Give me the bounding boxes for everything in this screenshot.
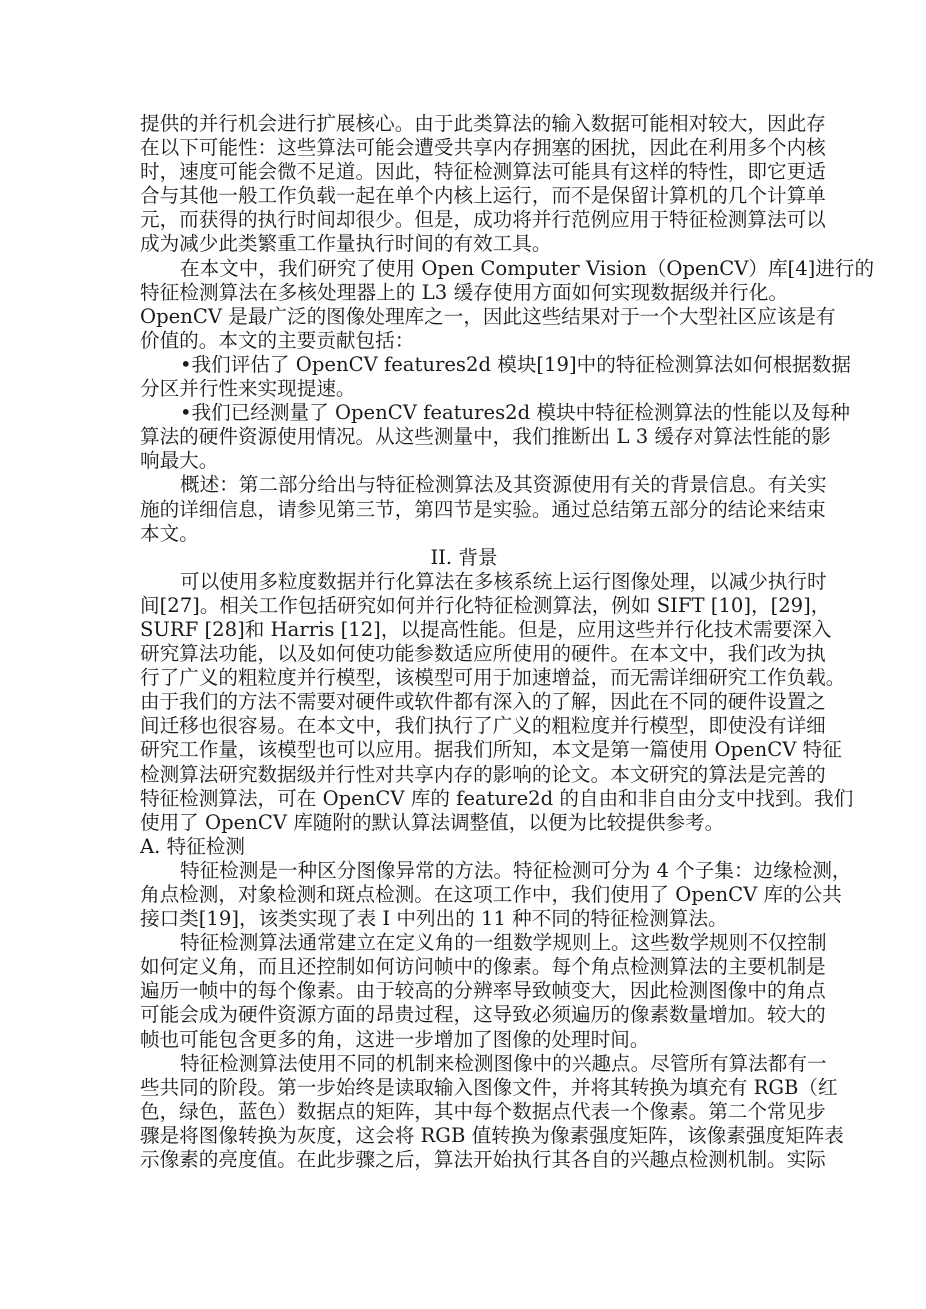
subsection-heading-feature-detection: A. 特征检测 (140, 835, 788, 859)
text-line: 特征检测算法使用不同的机制来检测图像中的兴趣点。尽管所有算法都有一 (140, 1052, 788, 1076)
text-line: 接口类[19]，该类实现了表 I 中列出的 11 种不同的特征检测算法。 (140, 907, 788, 931)
section-heading-background: II. 背景 (140, 546, 788, 570)
text-line: 检测算法研究数据级并行性对共享内存的影响的论文。本文研究的算法是完善的 (140, 763, 788, 787)
text-line: 提供的并行机会进行扩展核心。由于此类算法的输入数据可能相对较大，因此存 (140, 112, 788, 136)
text-line: 行了广义的粗粒度并行模型，该模型可用于加速增益，而无需详细研究工作负载。 (140, 666, 788, 690)
paragraph-study: 在本文中，我们研究了使用 Open Computer Vision（OpenCV… (140, 257, 788, 353)
document-page: 提供的并行机会进行扩展核心。由于此类算法的输入数据可能相对较大，因此存 在以下可… (140, 112, 788, 1172)
text-line: 可以使用多粒度数据并行化算法在多核系统上运行图像处理，以减少执行时 (140, 570, 788, 594)
text-line: 遍历一帧中的每个像素。由于较高的分辨率导致帧变大，因此检测图像中的角点 (140, 979, 788, 1003)
paragraph-feature-detection-3: 特征检测算法使用不同的机制来检测图像中的兴趣点。尽管所有算法都有一 些共同的阶段… (140, 1052, 788, 1172)
text-line: SURF [28]和 Harris [12]，以提高性能。但是，应用这些并行化技… (140, 618, 788, 642)
text-line: 骤是将图像转换为灰度，这会将 RGB 值转换为像素强度矩阵，该像素强度矩阵表 (140, 1124, 788, 1148)
text-line: 概述：第二部分给出与特征检测算法及其资源使用有关的背景信息。有关实 (140, 473, 788, 497)
text-line: 间[27]。相关工作包括研究如何并行化特征检测算法，例如 SIFT [10]，[… (140, 594, 788, 618)
paragraph-feature-detection-1: 特征检测是一种区分图像异常的方法。特征检测可分为 4 个子集：边缘检测， 角点检… (140, 859, 788, 931)
text-line: 元，而获得的执行时间却很少。但是，成功将并行范例应用于特征检测算法可以 (140, 208, 788, 232)
text-line: 算法的硬件资源使用情况。从这些测量中，我们推断出 L 3 缓存对算法性能的影 (140, 425, 788, 449)
text-line: 帧也可能包含更多的角，这进一步增加了图像的处理时间。 (140, 1028, 788, 1052)
paragraph-feature-detection-2: 特征检测算法通常建立在定义角的一组数学规则上。这些数学规则不仅控制 如何定义角，… (140, 931, 788, 1051)
text-line: 特征检测是一种区分图像异常的方法。特征检测可分为 4 个子集：边缘检测， (140, 859, 788, 883)
paragraph-background: 可以使用多粒度数据并行化算法在多核系统上运行图像处理，以减少执行时 间[27]。… (140, 570, 788, 835)
text-line: 合与其他一般工作负载一起在单个内核上运行，而不是保留计算机的几个计算单 (140, 184, 788, 208)
text-line: 使用了 OpenCV 库随附的默认算法调整值，以便为比较提供参考。 (140, 811, 788, 835)
text-line: 研究算法功能，以及如何使功能参数适应所使用的硬件。在本文中，我们改为执 (140, 642, 788, 666)
contribution-item-1: •我们评估了 OpenCV features2d 模块[19]中的特征检测算法如… (140, 353, 788, 401)
paragraph-outline: 概述：第二部分给出与特征检测算法及其资源使用有关的背景信息。有关实 施的详细信息… (140, 473, 788, 545)
text-line: •我们评估了 OpenCV features2d 模块[19]中的特征检测算法如… (140, 353, 788, 377)
text-line: 可能会成为硬件资源方面的昂贵过程，这导致必须遍历的像素数量增加。较大的 (140, 1003, 788, 1027)
text-line: 施的详细信息，请参见第三节，第四节是实验。通过总结第五部分的结论来结束 (140, 498, 788, 522)
text-line: 研究工作量，该模型也可以应用。据我们所知，本文是第一篇使用 OpenCV 特征 (140, 738, 788, 762)
text-line: 时，速度可能会微不足道。因此，特征检测算法可能具有这样的特性，即它更适 (140, 160, 788, 184)
text-line: 成为减少此类繁重工作量执行时间的有效工具。 (140, 232, 788, 256)
text-line: 在本文中，我们研究了使用 Open Computer Vision（OpenCV… (140, 257, 788, 281)
text-line: 本文。 (140, 522, 788, 546)
text-line: 分区并行性来实现提速。 (140, 377, 788, 401)
text-line: •我们已经测量了 OpenCV features2d 模块中特征检测算法的性能以… (140, 401, 788, 425)
text-line: OpenCV 是最广泛的图像处理库之一，因此这些结果对于一个大型社区应该是有 (140, 305, 788, 329)
text-line: 些共同的阶段。第一步始终是读取输入图像文件，并将其转换为填充有 RGB（红 (140, 1076, 788, 1100)
text-line: 角点检测，对象检测和斑点检测。在这项工作中，我们使用了 OpenCV 库的公共 (140, 883, 788, 907)
paragraph-intro-end: 提供的并行机会进行扩展核心。由于此类算法的输入数据可能相对较大，因此存 在以下可… (140, 112, 788, 257)
text-line: 在以下可能性：这些算法可能会遭受共享内存拥塞的困扰，因此在利用多个内核 (140, 136, 788, 160)
text-line: 价值的。本文的主要贡献包括： (140, 329, 788, 353)
text-line: 如何定义角，而且还控制如何访问帧中的像素。每个角点检测算法的主要机制是 (140, 955, 788, 979)
text-line: 示像素的亮度值。在此步骤之后，算法开始执行其各自的兴趣点检测机制。实际 (140, 1148, 788, 1172)
text-line: 色，绿色，蓝色）数据点的矩阵，其中每个数据点代表一个像素。第二个常见步 (140, 1100, 788, 1124)
text-line: 由于我们的方法不需要对硬件或软件都有深入的了解，因此在不同的硬件设置之 (140, 690, 788, 714)
text-line: 间迁移也很容易。在本文中，我们执行了广义的粗粒度并行模型，即使没有详细 (140, 714, 788, 738)
text-line: 特征检测算法通常建立在定义角的一组数学规则上。这些数学规则不仅控制 (140, 931, 788, 955)
text-line: 特征检测算法在多核处理器上的 L3 缓存使用方面如何实现数据级并行化。 (140, 281, 788, 305)
contribution-item-2: •我们已经测量了 OpenCV features2d 模块中特征检测算法的性能以… (140, 401, 788, 473)
text-line: 响最大。 (140, 449, 788, 473)
text-line: 特征检测算法，可在 OpenCV 库的 feature2d 的自由和非自由分支中… (140, 787, 788, 811)
